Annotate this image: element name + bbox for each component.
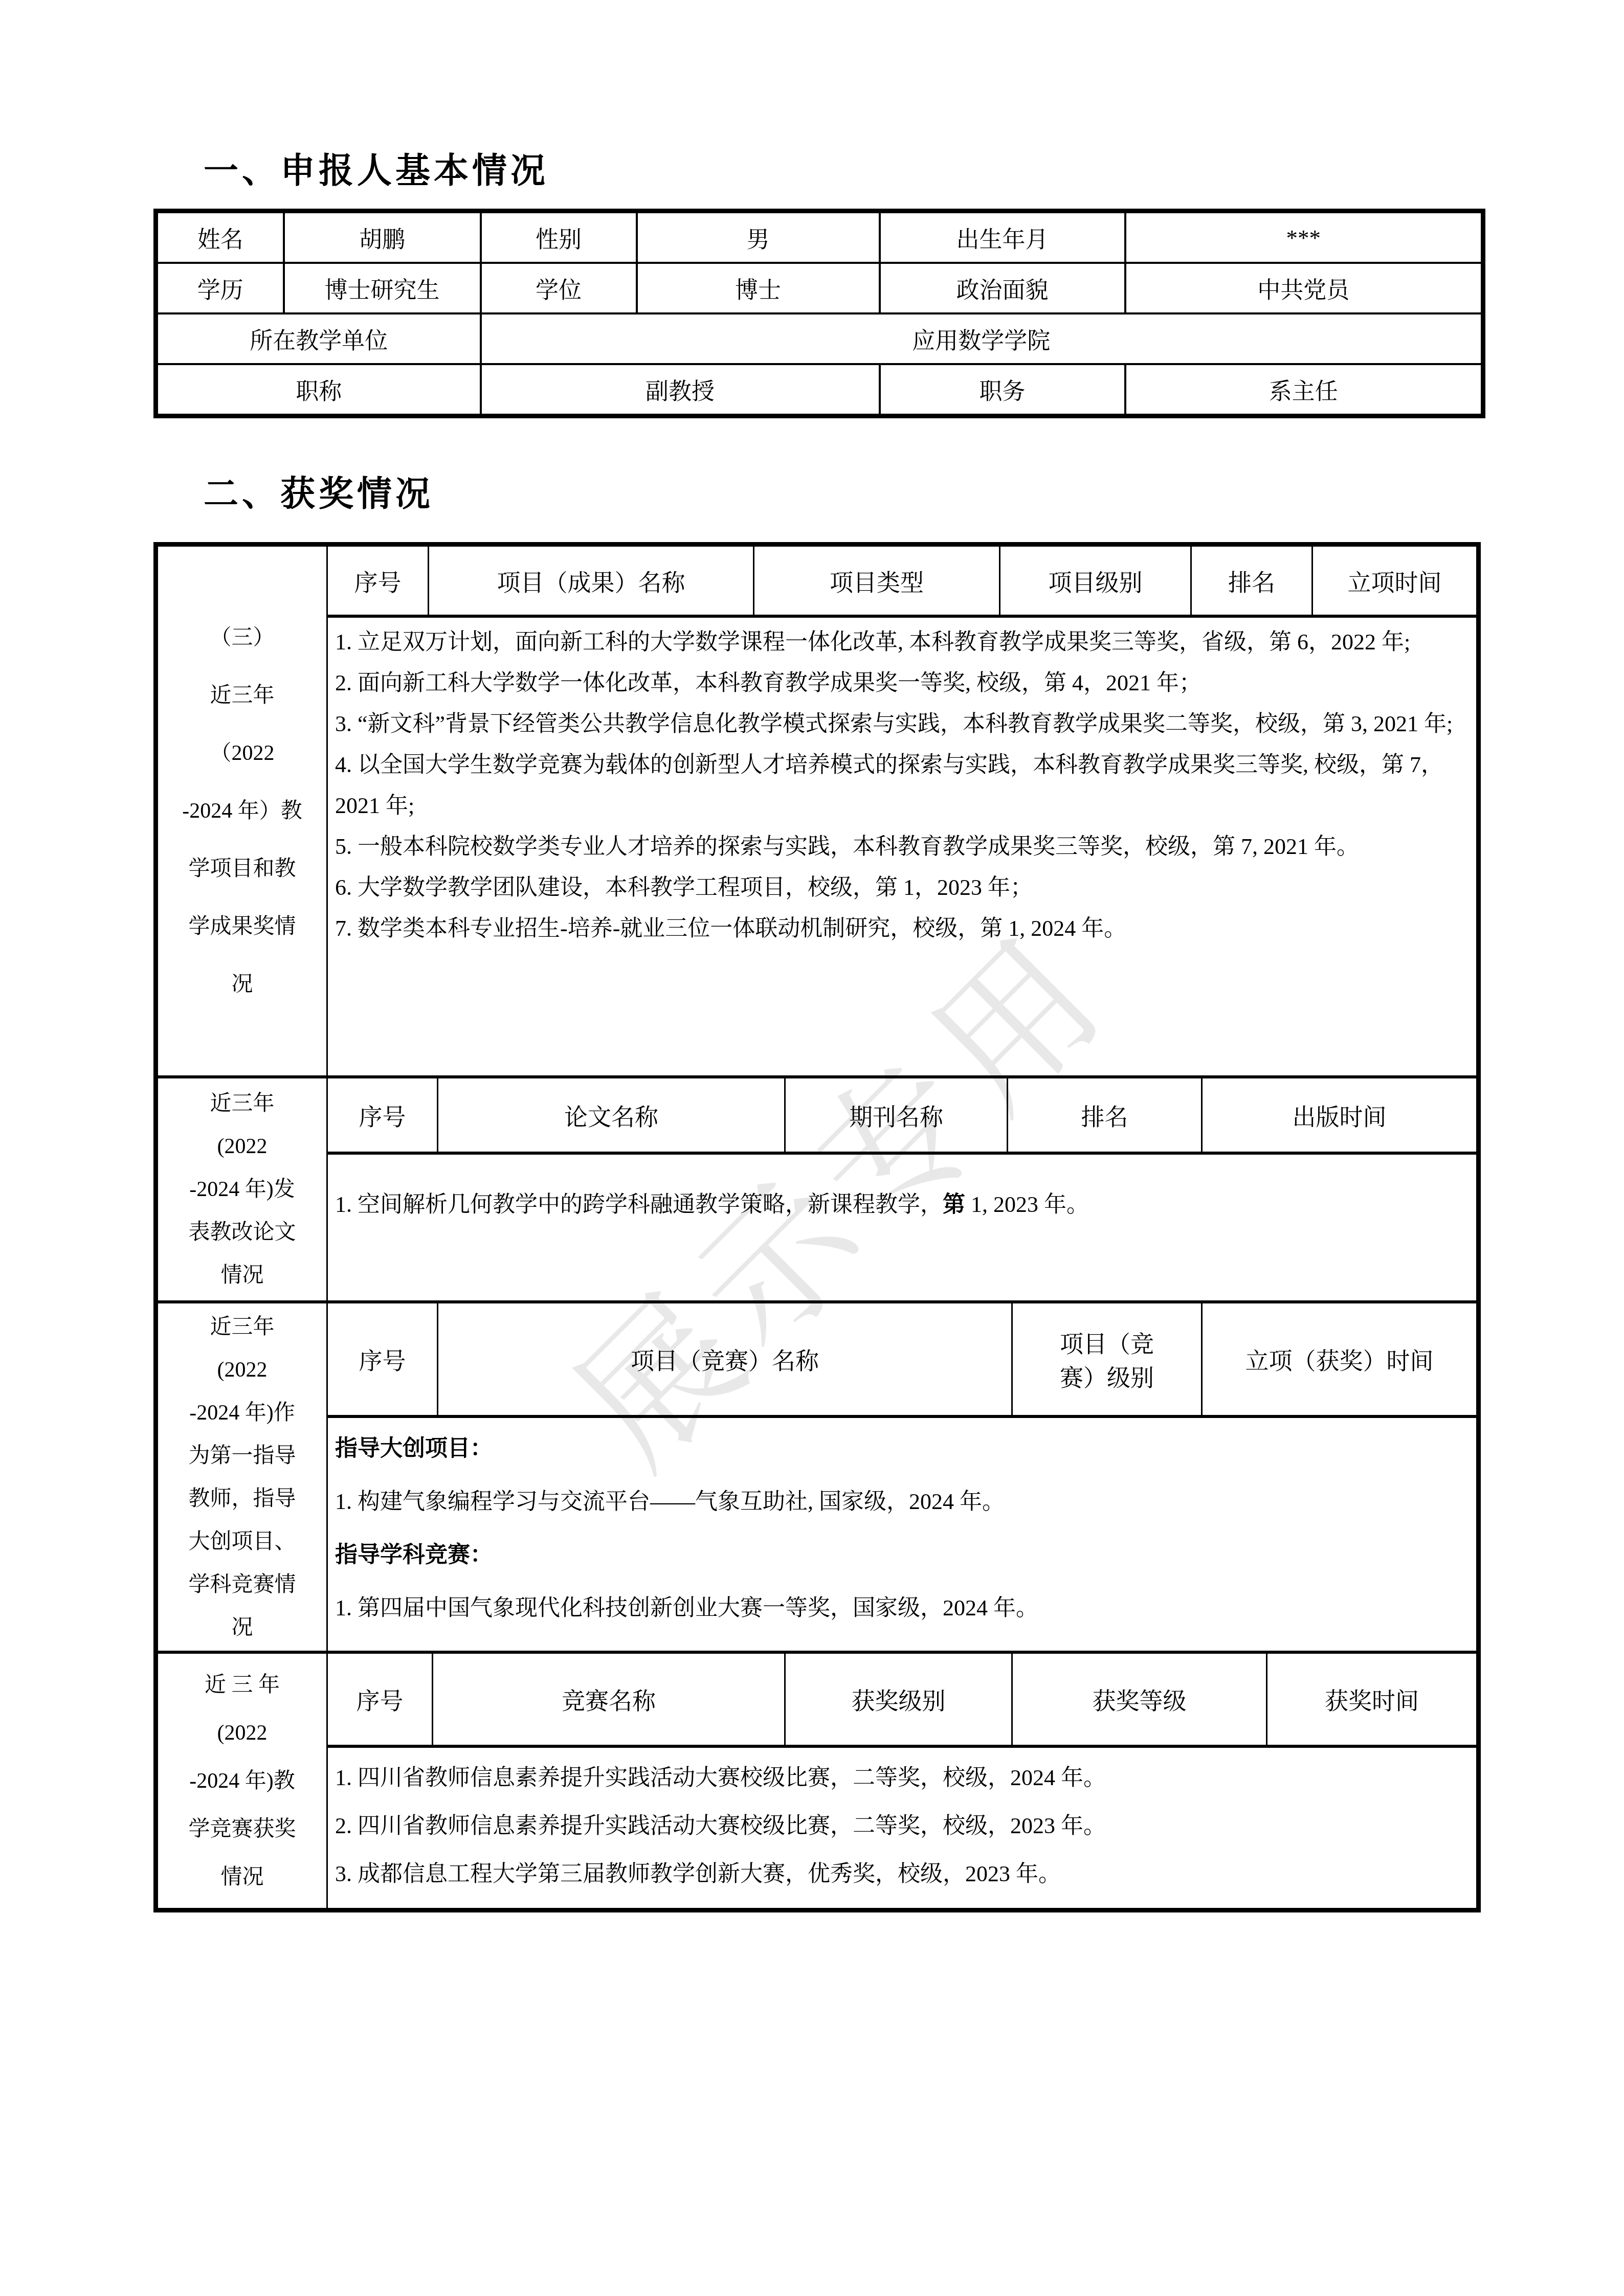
- header-cell-seq: 序号: [328, 1303, 438, 1415]
- supervision-item: 1. 第四届中国气象现代化科技创新创业大赛一等奖，国家级，2024 年。: [335, 1582, 1465, 1635]
- paper-item-text: 1. 空间解析几何教学中的跨学科融通教学策略，新课程教学，: [335, 1192, 943, 1217]
- basic-label-degree: 学位: [481, 263, 637, 313]
- block-supervision-body: 指导大创项目： 1. 构建气象编程学习与交流平台——气象互助社, 国家级，202…: [328, 1418, 1476, 1651]
- award-item: 5. 一般本科院校数学类专业人才培养的探索与实践，本科教育教学成果奖三等奖，校级…: [335, 826, 1465, 867]
- block-supervision: 近三年 (2022 -2024 年)作 为第一指导 教师，指导 大创项目、 学科…: [158, 1303, 1476, 1654]
- supervision-heading: 指导大创项目：: [335, 1422, 1465, 1475]
- award-item: 1. 立足双万计划，面向新工科的大学数学课程一体化改革, 本科教育教学成果奖三等…: [335, 622, 1465, 663]
- basic-value-title: 副教授: [481, 364, 880, 416]
- paper-item-bold: 第: [943, 1192, 965, 1217]
- header-cell-start-time: 立项时间: [1313, 547, 1476, 615]
- award-item: 3. “新文科”背景下经管类公共教学信息化教学模式探索与实践，本科教育教学成果奖…: [335, 704, 1465, 745]
- header-cell-paper-name: 论文名称: [438, 1078, 786, 1152]
- block-papers: 近三年 (2022 -2024 年)发 表教改论文 情况 序号 论文名称 期刊名…: [158, 1078, 1476, 1303]
- award-item: 6. 大学数学教学团队建设，本科教学工程项目，校级，第 1，2023 年；: [335, 867, 1465, 908]
- paper-item: 1. 空间解析几何教学中的跨学科融通教学策略，新课程教学，第 1, 2023 年…: [335, 1183, 1465, 1226]
- header-cell-project-name: 项目（成果）名称: [429, 547, 754, 615]
- block-teaching-competitions-header: 序号 竞赛名称 获奖级别 获奖等级 获奖时间: [328, 1654, 1476, 1748]
- basic-value-education: 博士研究生: [284, 263, 481, 313]
- header-cell-competition-name: 竞赛名称: [433, 1654, 786, 1745]
- competition-item: 3. 成都信息工程大学第三届教师教学创新大赛，优秀奖，校级，2023 年。: [335, 1850, 1465, 1898]
- award-item: 7. 数学类本科专业招生-培养-就业三位一体联动机制研究，校级，第 1, 202…: [335, 908, 1465, 949]
- basic-value-duty: 系主任: [1125, 364, 1483, 416]
- supervision-heading: 指导学科竞赛：: [335, 1528, 1465, 1582]
- basic-row-4: 职称 副教授 职务 系主任: [156, 364, 1483, 416]
- competition-item: 1. 四川省教师信息素养提升实践活动大赛校级比赛，二等奖，校级，2024 年。: [335, 1754, 1465, 1802]
- section1-title: 一、申报人基本情况: [204, 143, 549, 193]
- header-cell-award-time: 获奖时间: [1267, 1654, 1476, 1745]
- paper-item-text: 1, 2023 年。: [965, 1192, 1089, 1217]
- competition-item: 2. 四川省教师信息素养提升实践活动大赛校级比赛，二等奖，校级，2023 年。: [335, 1802, 1465, 1850]
- basic-row-3: 所在教学单位 应用数学学院: [156, 313, 1483, 364]
- basic-row-1: 姓名 胡鹏 性别 男 出生年月 ***: [156, 211, 1483, 263]
- basic-label-political: 政治面貌: [880, 263, 1125, 313]
- header-cell-project-type: 项目类型: [754, 547, 1000, 615]
- basic-label-name: 姓名: [156, 211, 284, 263]
- block-teaching-competitions-sidebar: 近 三 年 (2022 -2024 年)教 学竞赛获奖 情况: [158, 1654, 328, 1908]
- basic-value-degree: 博士: [637, 263, 880, 313]
- award-item: 4. 以全国大学生数学竞赛为载体的创新型人才培养模式的探索与实践，本科教育教学成…: [335, 745, 1465, 826]
- supervision-item: 1. 构建气象编程学习与交流平台——气象互助社, 国家级，2024 年。: [335, 1475, 1465, 1528]
- basic-label-gender: 性别: [481, 211, 637, 263]
- basic-label-title: 职称: [156, 364, 481, 416]
- basic-label-education: 学历: [156, 263, 284, 313]
- block-teaching-projects-sidebar: （三） 近三年 （2022 -2024 年）教 学项目和教 学成果奖情 况: [158, 547, 328, 1075]
- header-cell-competition-level: 项目（竞 赛）级别: [1013, 1303, 1203, 1415]
- block-papers-sidebar: 近三年 (2022 -2024 年)发 表教改论文 情况: [158, 1078, 328, 1300]
- block-teaching-projects: （三） 近三年 （2022 -2024 年）教 学项目和教 学成果奖情 况 序号…: [158, 547, 1476, 1078]
- basic-value-unit: 应用数学学院: [481, 313, 1483, 364]
- header-cell-project-level: 项目级别: [1000, 547, 1192, 615]
- header-cell-publish-time: 出版时间: [1203, 1078, 1476, 1152]
- block-supervision-sidebar: 近三年 (2022 -2024 年)作 为第一指导 教师，指导 大创项目、 学科…: [158, 1303, 328, 1651]
- header-cell-award-level: 获奖级别: [786, 1654, 1013, 1745]
- block-teaching-competitions-body: 1. 四川省教师信息素养提升实践活动大赛校级比赛，二等奖，校级，2024 年。 …: [328, 1748, 1476, 1908]
- header-cell-seq: 序号: [328, 1078, 438, 1152]
- block-teaching-competitions-content: 序号 竞赛名称 获奖级别 获奖等级 获奖时间 1. 四川省教师信息素养提升实践活…: [328, 1654, 1476, 1908]
- block-papers-content: 序号 论文名称 期刊名称 排名 出版时间 1. 空间解析几何教学中的跨学科融通教…: [328, 1078, 1476, 1300]
- section2-title: 二、获奖情况: [204, 466, 434, 516]
- block-supervision-header: 序号 项目（竞赛）名称 项目（竞 赛）级别 立项（获奖）时间: [328, 1303, 1476, 1418]
- block-teaching-projects-body: 1. 立足双万计划，面向新工科的大学数学课程一体化改革, 本科教育教学成果奖三等…: [328, 618, 1476, 1075]
- header-cell-seq: 序号: [328, 547, 429, 615]
- basic-label-duty: 职务: [880, 364, 1125, 416]
- block-papers-body: 1. 空间解析几何教学中的跨学科融通教学策略，新课程教学，第 1, 2023 年…: [328, 1155, 1476, 1300]
- basic-row-2: 学历 博士研究生 学位 博士 政治面貌 中共党员: [156, 263, 1483, 313]
- basic-label-birth: 出生年月: [880, 211, 1125, 263]
- header-cell-rank: 排名: [1192, 547, 1313, 615]
- basic-value-name: 胡鹏: [284, 211, 481, 263]
- header-cell-rank: 排名: [1008, 1078, 1203, 1152]
- block-teaching-projects-content: 序号 项目（成果）名称 项目类型 项目级别 排名 立项时间 1. 立足双万计划，…: [328, 547, 1476, 1075]
- basic-info-table: 姓名 胡鹏 性别 男 出生年月 *** 学历 博士研究生 学位 博士 政治面貌 …: [153, 209, 1485, 418]
- basic-value-gender: 男: [637, 211, 880, 263]
- basic-label-unit: 所在教学单位: [156, 313, 481, 364]
- header-cell-journal-name: 期刊名称: [786, 1078, 1008, 1152]
- award-item: 2. 面向新工科大学数学一体化改革，本科教育教学成果奖一等奖, 校级，第 4，2…: [335, 663, 1465, 704]
- block-teaching-competitions: 近 三 年 (2022 -2024 年)教 学竞赛获奖 情况 序号 竞赛名称 获…: [158, 1654, 1476, 1908]
- block-supervision-content: 序号 项目（竞赛）名称 项目（竞 赛）级别 立项（获奖）时间 指导大创项目： 1…: [328, 1303, 1476, 1651]
- document-page: 展示专用 一、申报人基本情况 姓名 胡鹏 性别 男 出生年月 *** 学历 博士…: [0, 0, 1624, 2296]
- basic-value-birth: ***: [1125, 211, 1483, 263]
- basic-value-political: 中共党员: [1125, 263, 1483, 313]
- header-cell-seq: 序号: [328, 1654, 433, 1745]
- header-cell-award-grade: 获奖等级: [1013, 1654, 1267, 1745]
- awards-table: （三） 近三年 （2022 -2024 年）教 学项目和教 学成果奖情 况 序号…: [153, 542, 1481, 1912]
- block-papers-header: 序号 论文名称 期刊名称 排名 出版时间: [328, 1078, 1476, 1155]
- block-teaching-projects-header: 序号 项目（成果）名称 项目类型 项目级别 排名 立项时间: [328, 547, 1476, 618]
- header-cell-award-time: 立项（获奖）时间: [1203, 1303, 1476, 1415]
- header-cell-competition-name: 项目（竞赛）名称: [438, 1303, 1013, 1415]
